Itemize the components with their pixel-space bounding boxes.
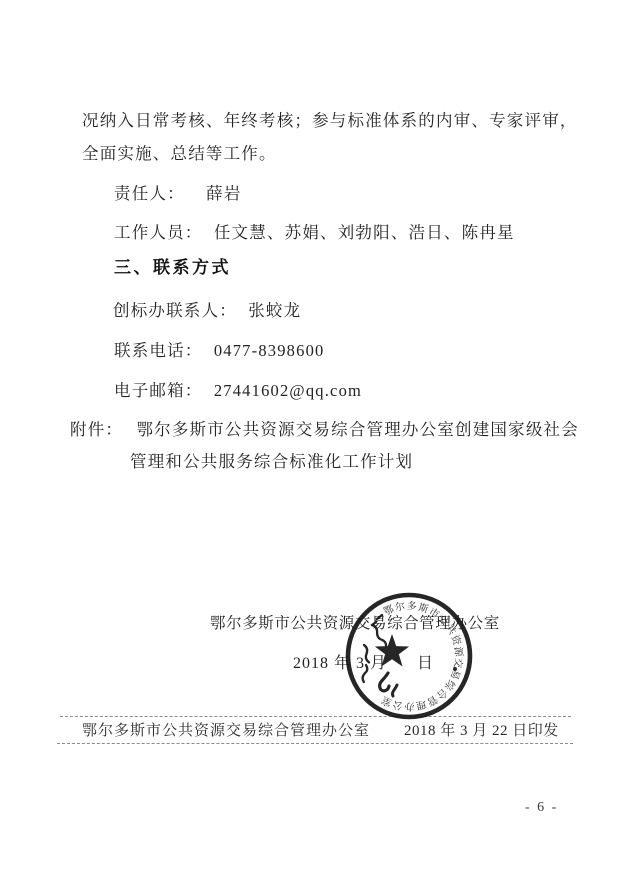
staff-line: 工作人员： 任文慧、苏娟、刘勃阳、浩日、陈冉星	[114, 222, 515, 244]
attachment-line-1: 附件： 鄂尔多斯市公共资源交易综合管理办公室创建国家级社会	[70, 419, 579, 441]
footer-print-date: 2018 年 3 月 22 日印发	[404, 720, 559, 742]
footer-rule-bottom	[57, 743, 573, 744]
responsible-person-label: 责任人：	[114, 183, 185, 205]
staff-value: 任文慧、苏娟、刘勃阳、浩日、陈冉星	[214, 222, 515, 244]
contact-person-label: 创标办联系人：	[113, 300, 237, 322]
staff-label: 工作人员：	[114, 222, 203, 244]
page-number: - 6 -	[525, 797, 558, 819]
footer-rule-top	[60, 716, 571, 717]
phone-label: 联系电话：	[114, 340, 203, 362]
paragraph-line-1: 况纳入日常考核、年终考核；参与标准体系的内审、专家评审，	[82, 110, 578, 132]
email-value: 27441602@qq.com	[214, 380, 362, 402]
phone-line: 联系电话： 0477-8398600	[114, 340, 324, 362]
official-seal: 鄂尔多斯市公共资源交易综合管理办公室	[342, 589, 476, 723]
section-heading: 三、联系方式	[114, 257, 231, 279]
attachment-title-part1: 鄂尔多斯市公共资源交易综合管理办公室创建国家级社会	[136, 419, 579, 441]
attachment-line-2: 管理和公共服务综合标准化工作计划	[130, 451, 413, 473]
email-label: 电子邮箱：	[114, 380, 203, 402]
paragraph-line-2: 全面实施、总结等工作。	[82, 143, 277, 165]
responsible-person-line: 责任人： 薛岩	[114, 183, 242, 205]
footer-issuer: 鄂尔多斯市公共资源交易综合管理办公室	[82, 720, 370, 742]
responsible-person-value: 薛岩	[206, 183, 241, 205]
contact-person-line: 创标办联系人： 张蛟龙	[113, 300, 301, 322]
contact-person-value: 张蛟龙	[248, 300, 301, 322]
email-line: 电子邮箱： 27441602@qq.com	[114, 380, 362, 402]
phone-value: 0477-8398600	[214, 340, 325, 362]
scanned-document-page: 况纳入日常考核、年终考核；参与标准体系的内审、专家评审， 全面实施、总结等工作。…	[0, 0, 629, 875]
attachment-label: 附件：	[70, 419, 123, 441]
